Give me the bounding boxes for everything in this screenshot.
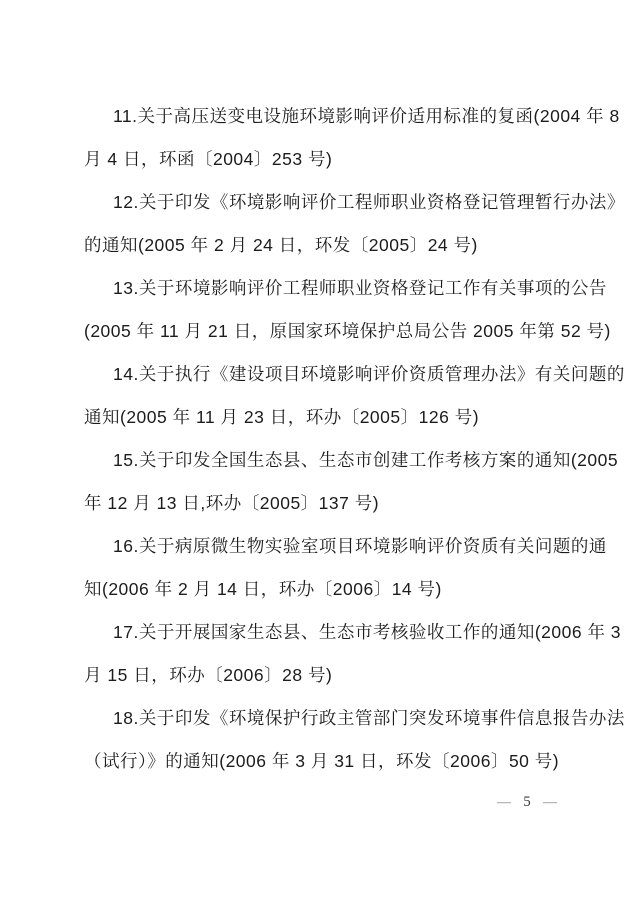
list-item-18-line-2: （试行）》的通知(2006 年 3 月 31 日，环发〔2006〕50 号) (84, 740, 561, 783)
list-item-17-line-1: 17.关于开展国家生态县、生态市考核验收工作的通知(2006 年 3 (84, 611, 561, 654)
list-item-15-line-1: 15.关于印发全国生态县、生态市创建工作考核方案的通知(2005 (84, 439, 561, 482)
document-page: 11.关于高压送变电设施环境影响评价适用标准的复函(2004 年 8 月 4 日… (0, 0, 640, 905)
list-item-14-line-1: 14.关于执行《建设项目环境影响评价资质管理办法》有关问题的 (84, 353, 561, 396)
page-number-dash-left: — (497, 795, 511, 811)
list-item-17-line-2: 月 15 日，环办〔2006〕28 号) (84, 654, 561, 697)
page-number-value: 5 (523, 794, 531, 811)
list-item-13-line-1: 13.关于环境影响评价工程师职业资格登记工作有关事项的公告 (84, 267, 561, 310)
list-item-15-line-2: 年 12 月 13 日,环办〔2005〕137 号) (84, 482, 561, 525)
page-number-dash-right: — (543, 795, 557, 811)
list-item-16-line-1: 16.关于病原微生物实验室项目环境影响评价资质有关问题的通 (84, 525, 561, 568)
list-item-14-line-2: 通知(2005 年 11 月 23 日，环办〔2005〕126 号) (84, 396, 561, 439)
document-body: 11.关于高压送变电设施环境影响评价适用标准的复函(2004 年 8 月 4 日… (84, 95, 561, 783)
page-number: — 5 — (497, 794, 557, 811)
list-item-16-line-2: 知(2006 年 2 月 14 日，环办〔2006〕14 号) (84, 568, 561, 611)
list-item-11-line-2: 月 4 日，环函〔2004〕253 号) (84, 138, 561, 181)
list-item-18-line-1: 18.关于印发《环境保护行政主管部门突发环境事件信息报告办法 (84, 697, 561, 740)
list-item-12-line-1: 12.关于印发《环境影响评价工程师职业资格登记管理暂行办法》 (84, 181, 561, 224)
list-item-13-line-2: (2005 年 11 月 21 日，原国家环境保护总局公告 2005 年第 52… (84, 310, 561, 353)
list-item-11-line-1: 11.关于高压送变电设施环境影响评价适用标准的复函(2004 年 8 (84, 95, 561, 138)
list-item-12-line-2: 的通知(2005 年 2 月 24 日，环发〔2005〕24 号) (84, 224, 561, 267)
